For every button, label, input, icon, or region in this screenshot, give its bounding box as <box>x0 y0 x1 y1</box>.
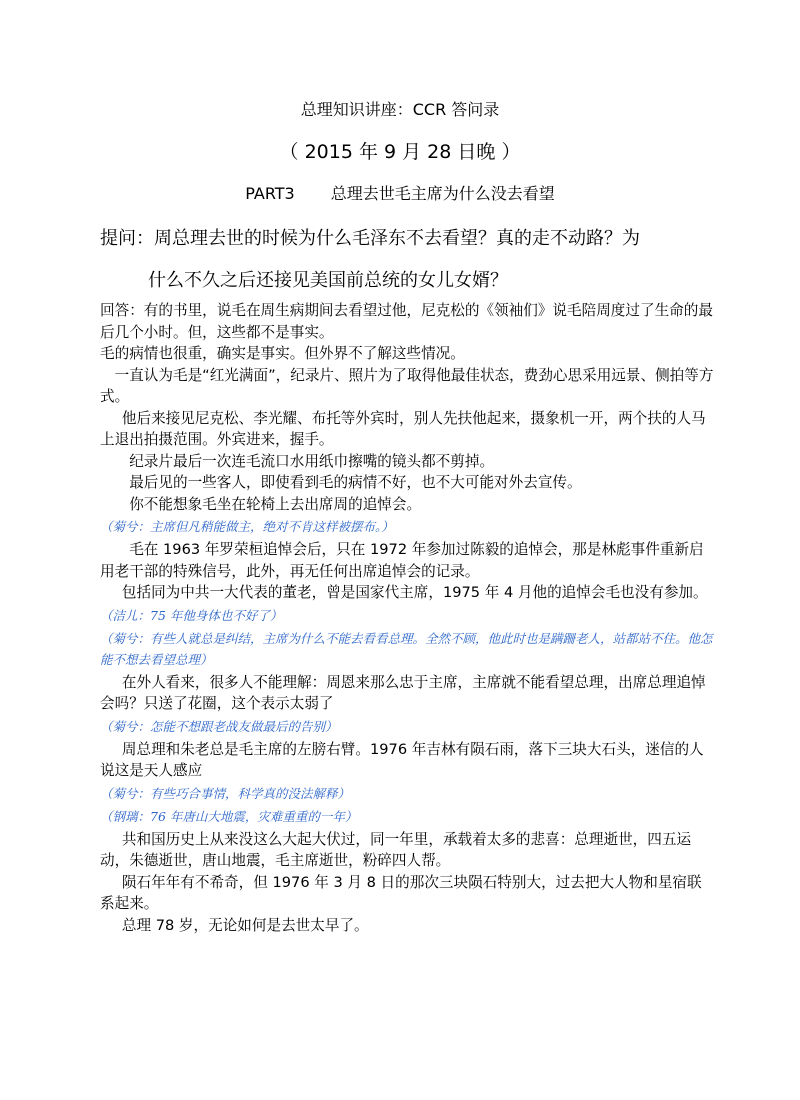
paragraph: 一直认为毛是“红光满面”，纪录片、照片为了取得他最佳状态，费劲心思采用远景、侧拍… <box>100 365 715 408</box>
paragraph: 毛的病情也很重，确实是事实。但外界不了解这些情况。 <box>100 343 715 365</box>
paragraph: 纪录片最后一次连毛流口水用纸巾擦嘴的镜头都不剪掉。 <box>100 451 715 473</box>
comment-note: （菊兮：怎能不想跟老战友做最后的告别） <box>100 716 715 737</box>
comment-note: （洁儿：75 年他身体也不好了） <box>100 605 715 626</box>
part-title: 总理去世毛主席为什么没去看望 <box>331 184 555 203</box>
question-line-1: 提问：周总理去世的时候为什么毛泽东不去看望？真的走不动路？为 <box>100 224 720 250</box>
comment-note: （菊兮：有些人就总是纠结，主席为什么不能去看看总理。全然不顾，他此时也是蹒跚老人… <box>100 628 715 670</box>
paragraph: 回答：有的书里，说毛在周生病期间去看望过他，尼克松的《领袖们》说毛陪周度过了生命… <box>100 300 715 343</box>
part-label: PART3 <box>245 184 294 203</box>
comment-note: （菊兮：有些巧合事情，科学真的没法解释） <box>100 783 715 804</box>
paragraph: 他后来接见尼克松、李光耀、布托等外宾时，别人先扶他起来，摄象机一开，两个扶的人马… <box>100 408 715 451</box>
comment-note: （菊兮：主席但凡稍能做主，绝对不肯这样被摆布。） <box>100 516 715 537</box>
paragraph: 共和国历史上从来没这么大起大伏过，同一年里，承载着太多的悲喜：总理逝世，四五运动… <box>100 829 715 872</box>
paragraph: 最后见的一些客人，即使看到毛的病情不好，也不大可能对外去宣传。 <box>100 472 715 494</box>
paragraph: 包括同为中共一大代表的董老，曾是国家代主席，1975 年 4 月他的追悼会毛也没… <box>100 582 715 604</box>
part-heading: PART3总理去世毛主席为什么没去看望 <box>0 181 800 204</box>
question-line-2: 什么不久之后还接见美国前总统的女儿女婿？ <box>148 266 768 292</box>
paragraph: 周总理和朱老总是毛主席的左膀右臂。1976 年吉林有陨石雨，落下三块大石头，迷信… <box>100 739 715 782</box>
paragraph: 你不能想象毛坐在轮椅上去出席周的追悼会。 <box>100 494 715 516</box>
document-title: 总理知识讲座：CCR 答问录 <box>0 97 800 120</box>
document-page: 总理知识讲座：CCR 答问录 （ 2015 年 9 月 28 日晚 ） PART… <box>0 0 800 1100</box>
paragraph: 总理 78 岁，无论如何是去世太早了。 <box>100 915 715 937</box>
paragraph: 毛在 1963 年罗荣桓追悼会后，只在 1972 年参加过陈毅的追悼会，那是林彪… <box>100 539 715 582</box>
paragraph: 在外人看来，很多人不能理解：周恩来那么忠于主席，主席就不能看望总理，出席总理追悼… <box>100 672 715 715</box>
paragraph: 陨石年年有不希奇，但 1976 年 3 月 8 日的那次三块陨石特别大，过去把大… <box>100 872 715 915</box>
answer-body: 回答：有的书里，说毛在周生病期间去看望过他，尼克松的《领袖们》说毛陪周度过了生命… <box>100 300 715 936</box>
document-date: （ 2015 年 9 月 28 日晚 ） <box>0 137 800 164</box>
comment-note: （钢璃：76 年唐山大地震，灾难重重的一年） <box>100 806 715 827</box>
